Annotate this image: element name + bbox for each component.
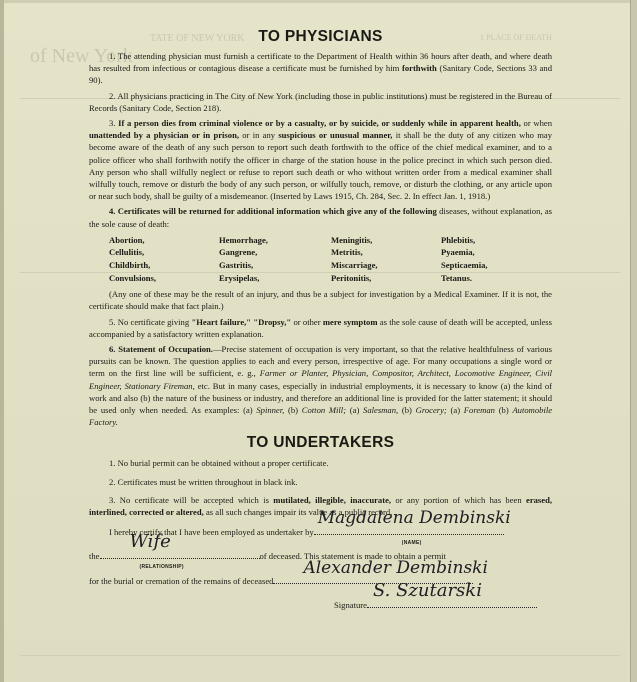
disease-item: Childbirth, — [109, 259, 219, 272]
undertakers-rule-2: 2. Certificates must be written througho… — [89, 476, 552, 488]
physicians-paragraph-3: 3. If a person dies from criminal violen… — [89, 117, 552, 202]
deceased-name-handwriting: Alexander Dembinski — [303, 562, 487, 574]
disease-list: Abortion, Hemorrhage, Meningitis, Phlebi… — [109, 234, 552, 284]
disease-item: Miscarriage, — [331, 259, 441, 272]
disease-item: Erysipelas, — [219, 272, 331, 285]
physicians-paragraph-2: 2. All physicians practicing in The City… — [89, 90, 552, 114]
disease-item: Abortion, — [109, 234, 219, 247]
signature-line: Signature S. Szutarski — [89, 599, 552, 611]
disease-item: Phlebitis, — [441, 234, 551, 247]
disease-item: Gastritis, — [219, 259, 331, 272]
signature-field[interactable]: S. Szutarski — [367, 599, 537, 608]
disease-item: Gangrene, — [219, 246, 331, 259]
physicians-paragraph-1: 1. The attending physician must furnish … — [89, 50, 552, 87]
disease-item: Metritis, — [331, 246, 441, 259]
physicians-paragraph-6: 6. Statement of Occupation.—Precise stat… — [89, 343, 552, 428]
disease-note: (Any one of these may be the result of a… — [89, 288, 552, 312]
disease-item: Hemorrhage, — [219, 234, 331, 247]
signature-handwriting: S. Szutarski — [373, 585, 482, 597]
undertakers-rule-1: 1. No burial permit can be obtained with… — [89, 457, 552, 469]
undertakers-section: 1. No burial permit can be obtained with… — [89, 457, 552, 611]
relationship-label: (RELATIONSHIP) — [140, 561, 184, 573]
disease-item: Peritonitis, — [331, 272, 441, 285]
burial-line: for the burial or cremation of the remai… — [89, 575, 552, 587]
name-label: (NAME) — [402, 537, 422, 549]
page-edge-top — [0, 0, 637, 3]
relationship-handwriting: Wife — [130, 536, 171, 548]
disease-item: Septicaemia, — [441, 259, 551, 272]
physicians-heading: TO PHYSICIANS — [89, 28, 552, 46]
page-edge-left — [0, 0, 4, 682]
disease-item: Convulsions, — [109, 272, 219, 285]
document-page: TATE OF NEW YORK of New York 1 PLACE OF … — [0, 0, 637, 682]
physicians-paragraph-4: 4. Certificates will be returned for add… — [89, 205, 552, 229]
disease-item: Pyaemia, — [441, 246, 551, 259]
page-edge-right — [630, 0, 637, 682]
employer-name-field[interactable]: Magdalena Dembinski (NAME) — [314, 526, 504, 535]
relationship-field[interactable]: Wife (RELATIONSHIP) — [100, 550, 260, 559]
bleed-line — [20, 655, 620, 656]
undertakers-heading: TO UNDERTAKERS — [89, 434, 552, 452]
disease-item: Meningitis, — [331, 234, 441, 247]
physicians-paragraph-5: 5. No certificate giving "Heart failure,… — [89, 316, 552, 340]
document-body: TO PHYSICIANS 1. The attending physician… — [89, 28, 552, 617]
employer-name-handwriting: Magdalena Dembinski — [318, 512, 511, 524]
disease-item: Tetanus. — [441, 272, 551, 285]
disease-item: Cellulitis, — [109, 246, 219, 259]
